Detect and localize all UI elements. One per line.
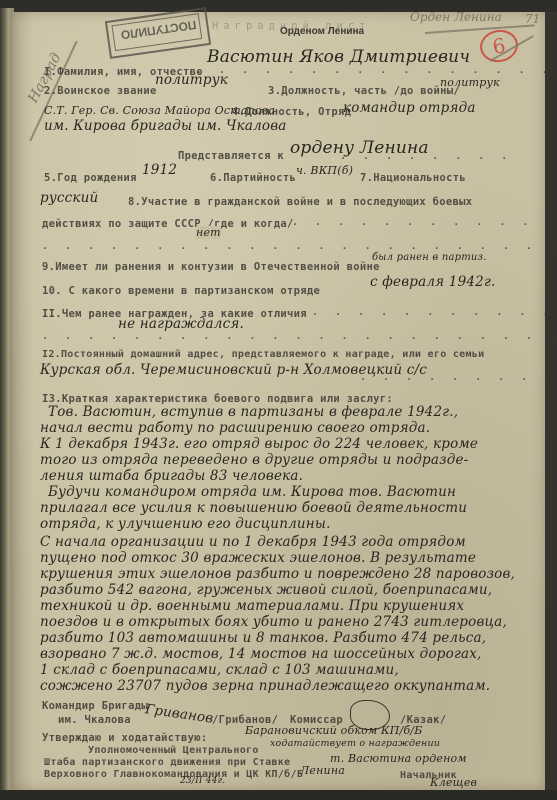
authority-line: Верховного Главнокомандования и ЦК КП/б/… — [44, 769, 303, 780]
narrative-line: техникой и др. военными материалами. При… — [40, 598, 464, 614]
narrative-line: Будучи командиром отряда им. Кирова тов.… — [48, 484, 456, 500]
approve-label: Утверждаю и ходатайствую: — [42, 732, 208, 744]
field-5-value: 1912 — [142, 162, 177, 178]
commander-unit: им. Чкалова — [58, 714, 131, 726]
scan-border-right — [545, 12, 557, 790]
authority-line: Штаба партизанского движения при Ставке — [44, 757, 291, 768]
field-5-label: 5.Год рождения — [44, 172, 137, 184]
field-8-label: 8.Участие в гражданской войне и в послед… — [128, 196, 472, 208]
narrative-line: отряда, к улучшению его дисциплины. — [40, 516, 331, 532]
field-7-label: 7.Национальность — [360, 172, 466, 184]
field-7-value: русский — [40, 190, 98, 206]
resolution-line: ходатайствует о награждении — [270, 738, 440, 749]
narrative-line: разбито 103 автомашины и 8 танков. Разби… — [40, 630, 486, 646]
narrative-line: С начала организации и по 1 декабря 1943… — [40, 534, 466, 550]
field-1-value: Васютин Яков Дмитриевич — [207, 47, 470, 67]
narrative-line: начал вести работу по расширению своего … — [40, 420, 430, 436]
bottom-signature: Клещев — [430, 776, 477, 789]
field-8-value: нет — [196, 226, 221, 239]
field-11-value: не награждался. — [118, 316, 244, 332]
dot-leader: . . . . . . . . . . . . . . . . . . . . … — [42, 241, 557, 252]
field-12-label: I2.Постоянный домашний адрес, представля… — [42, 349, 484, 360]
resolution-line: т. Васютина орденом — [330, 752, 467, 765]
dot-leader: . . . . . . . . . . . — [360, 372, 557, 383]
dot-leader: . . . . . . . . — [340, 151, 513, 162]
narrative-line: взорвано 7 ж.д. мостов, 14 мостов на шос… — [40, 646, 482, 662]
field-6-value: ч. ВКП(б) — [296, 164, 353, 177]
award-header: Орденом Ленина — [280, 26, 364, 37]
date: 23/II 44г. — [180, 776, 225, 786]
resolution-line: Ленина — [300, 764, 345, 777]
field-2-value: политрук — [155, 72, 228, 88]
pencil-note-top: Орден Ленина — [410, 10, 502, 24]
dot-leader: . . . . . . . . . . . . . . — [312, 307, 557, 318]
narrative-line: того из отряда переведено в другие отряд… — [40, 452, 468, 468]
narrative-line: 1 склад с боеприпасами, склад с 103 маши… — [40, 662, 399, 678]
narrative-line: крушения этих эшелонов разбито и поврежд… — [40, 566, 515, 582]
field-10-label: 10. С какого времени в партизанском отря… — [42, 285, 320, 297]
field-9-value: был ранен в партиз. — [372, 252, 487, 263]
field-6-label: 6.Партийность — [210, 172, 296, 184]
narrative-line: ления штаба бригады 83 человека. — [40, 468, 303, 484]
narrative-line: поездов и в открытых боях убито и ранено… — [40, 614, 507, 630]
field-4-label: 4.Должность, Отряд — [232, 106, 351, 118]
narrative-line: К 1 декабря 1943г. его отряд вырос до 22… — [40, 436, 478, 452]
authority-line: Уполномоченный Центрального — [88, 745, 259, 756]
field-10-value: с февраля 1942г. — [370, 274, 495, 290]
field-2-label: 2.Воинское звание — [44, 85, 157, 97]
field-9-label: 9.Имеет ли ранения и контузии в Отечеств… — [42, 261, 380, 273]
scan-border-bottom — [0, 790, 557, 800]
presented-label: Представляется к — [178, 150, 284, 162]
field-8-label-continued: действиях по защите СССР /где и когда/ — [42, 218, 294, 230]
narrative-line: сожжено 23707 пудов зерна принадлежащего… — [40, 678, 490, 694]
field-4-value-continued: им. Кирова бригады им. Чкалова — [44, 118, 287, 134]
commander-label: Командир Бригады — [42, 700, 148, 712]
field-3-label: 3.Должность, часть /до войны/ — [268, 85, 460, 97]
narrative-line: Тов. Васютин, вступив в партизаны в февр… — [48, 404, 458, 420]
narrative-line: пущено под откос 30 вражеских эшелонов. … — [40, 550, 476, 566]
narrative-line: прилагал все усилия к повышению боевой д… — [40, 500, 467, 516]
field-4-value: командир отряда — [343, 100, 476, 116]
field-3-value: политрук — [440, 76, 500, 89]
resolution-line: Барановичский обком КП/б/Б — [245, 724, 423, 737]
dot-leader: . . . . . . . . . . . . . . . . . . . . … — [42, 331, 557, 342]
narrative-line: разбито 542 вагона, груженых живой силой… — [40, 582, 492, 598]
dot-leader: . . . . . . . . . . . . . . . — [292, 217, 557, 228]
